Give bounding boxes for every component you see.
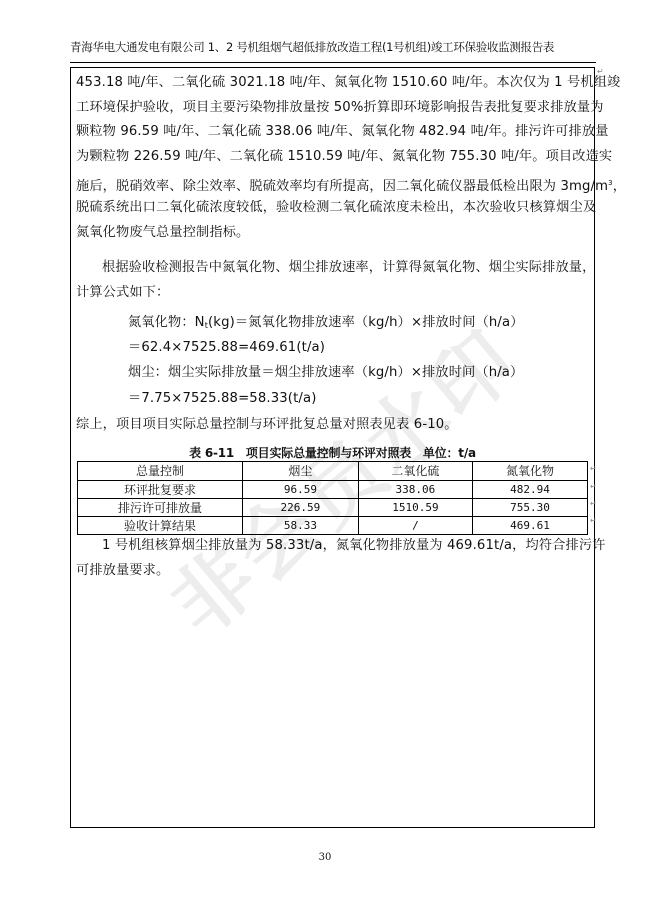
table-cell: 环评批复要求 [78, 481, 243, 499]
table-cell: 96.59 [242, 481, 358, 499]
table-row: 验收计算结果 58.33 / 469.61 [78, 517, 588, 535]
paragraph1-line-7: 氮氧化物废气总量控制指标。 [76, 224, 249, 242]
total-control-table: 总量控制 烟尘 二氧化硫 氮氧化物 环评批复要求 96.59 338.06 48… [77, 461, 588, 535]
header-rule [70, 62, 596, 63]
table-caption: 表 6-11 项目实际总量控制与环评对照表 单位：t/a [70, 444, 595, 461]
paragraph2-line-2: 计算公式如下： [76, 284, 169, 302]
paragraph-mark-icon: ↵ [590, 482, 597, 491]
table-cell: 226.59 [242, 499, 358, 517]
table-cell: 755.30 [472, 499, 587, 517]
paragraph1-line-3: 颗粒物 96.59 吨/年、二氧化硫 338.06 吨/年、氮氧化物 482.9… [76, 123, 609, 141]
table-header-cell: 烟尘 [242, 462, 358, 481]
formula-nox-label: 氮氧化物：N [128, 315, 205, 330]
paragraph1-line-5-tail: ， [613, 179, 626, 194]
paragraph1-line-1: 453.18 吨/年、二氧化硫 3021.18 吨/年、氮氧化物 1510.60… [76, 74, 620, 92]
paragraph1-line-5: 施后，脱硝效率、除尘效率、脱硫效率均有所提高，因二氧化硫仪器最低检出限为 3mg… [76, 174, 626, 196]
table-cell: 1510.59 [358, 499, 472, 517]
page-number: 30 [0, 852, 650, 863]
paragraph1-line-6: 脱硫系统出口二氧化硫浓度较低，验收检测二氧化硫浓度未检出，本次验收只核算烟尘及 [76, 199, 596, 217]
table-header-cell: 二氧化硫 [358, 462, 472, 481]
paragraph2-line-1: 根据验收检测报告中氮氧化物、烟尘排放速率，计算得氮氧化物、烟尘实际排放量， [102, 259, 595, 277]
formula-nox: 氮氧化物：Nt(kg)＝氮氧化物排放速率（kg/h）×排放时间（h/a） [128, 314, 524, 335]
running-header: 青海华电大通发电有限公司 1、2 号机组烟气超低排放改造工程(1号机组)竣工环保… [70, 39, 596, 55]
conclusion-line-2: 可排放量要求。 [76, 562, 169, 580]
table-cell: / [358, 517, 472, 535]
table-header-cell: 总量控制 [78, 462, 243, 481]
table-cell: 469.61 [472, 517, 587, 535]
table-cell: 338.06 [358, 481, 472, 499]
paragraph-mark-icon: ↵ [590, 499, 597, 508]
paragraph1-line-2: 工环境保护验收，项目主要污染物排放量按 50%折算即环境影响报告表批复要求排放量… [76, 99, 604, 117]
table-cell: 验收计算结果 [78, 517, 243, 535]
paragraph-mark-icon: ↵ [590, 464, 597, 473]
table-cell: 482.94 [472, 481, 587, 499]
table-header-cell: 氮氧化物 [472, 462, 587, 481]
table-header-row: 总量控制 烟尘 二氧化硫 氮氧化物 [78, 462, 588, 481]
summary-text: 综上，项目项目实际总量控制与环评批复总量对照表见表 6-10。 [76, 416, 458, 434]
conclusion-line-1: 1 号机组核算烟尘排放量为 58.33t/a，氮氧化物排放量为 469.61t/… [102, 537, 606, 555]
formula-dust-result: ＝7.75×7525.88=58.33(t/a) [128, 390, 317, 408]
table-row: 环评批复要求 96.59 338.06 482.94 [78, 481, 588, 499]
formula-dust: 烟尘：烟尘实际排放量＝烟尘排放速率（kg/h）×排放时间（h/a） [128, 364, 523, 382]
table-cell: 58.33 [242, 517, 358, 535]
paragraph1-line-4: 为颗粒物 226.59 吨/年、二氧化硫 1510.59 吨/年、氮氧化物 75… [76, 148, 612, 166]
formula-nox-result: ＝62.4×7525.88=469.61(t/a) [128, 339, 325, 357]
table-cell: 排污许可排放量 [78, 499, 243, 517]
paragraph1-line-5-text: 施后，脱硝效率、除尘效率、脱硫效率均有所提高，因二氧化硫仪器最低检出限为 3mg… [76, 179, 608, 194]
paragraph-mark-icon: ↵ [597, 67, 604, 76]
formula-nox-expression: (kg)＝氮氧化物排放速率（kg/h）×排放时间（h/a） [208, 315, 524, 330]
paragraph-mark-icon: ↵ [590, 516, 597, 525]
table-row: 排污许可排放量 226.59 1510.59 755.30 [78, 499, 588, 517]
